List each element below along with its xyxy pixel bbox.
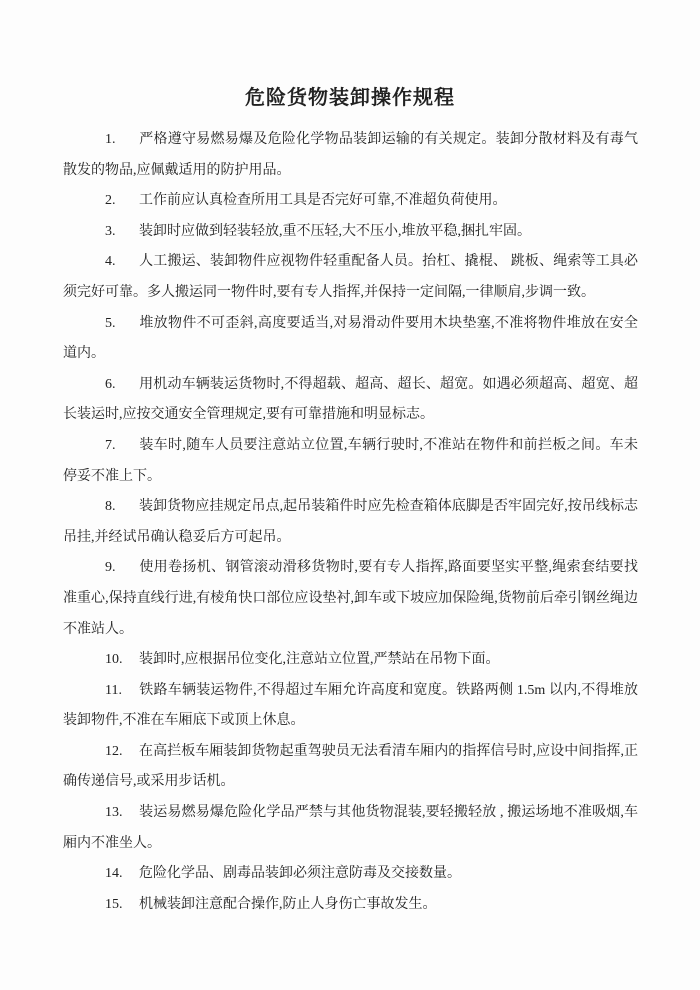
rule-item: 15.机械装卸注意配合操作,防止人身伤亡事故发生。 <box>63 890 638 921</box>
rule-item: 10.装卸时,应根据吊位变化,注意站立位置,严禁站在吊物下面。 <box>63 645 638 676</box>
rule-number: 3. <box>105 217 139 248</box>
rule-item: 1.严格遵守易燃易爆及危险化学物品装卸运输的有关规定。装卸分散材料及有毒气散发的… <box>63 125 638 186</box>
rule-number: 15. <box>105 890 139 921</box>
rule-text: 装卸时应做到轻装轻放,重不压轻,大不压小,堆放平稳,捆扎牢固。 <box>139 224 531 239</box>
rule-text: 铁路车辆装运物件,不得超过车厢允许高度和宽度。铁路两侧 1.5m 以内,不得堆放… <box>63 683 638 729</box>
rules-list: 1.严格遵守易燃易爆及危险化学物品装卸运输的有关规定。装卸分散材料及有毒气散发的… <box>63 125 638 920</box>
rule-text: 用机动车辆装运货物时,不得超载、超高、超长、超宽。如遇必须超高、超宽、超长装运时… <box>63 377 638 423</box>
rule-text: 装运易燃易爆危险化学品严禁与其他货物混装,要轻搬轻放 , 搬运场地不准吸烟,车厢… <box>63 805 638 851</box>
rule-text: 在高拦板车厢装卸货物起重驾驶员无法看清车厢内的指挥信号时,应设中间指挥,正确传递… <box>63 744 638 790</box>
rule-item: 4.人工搬运、装卸物件应视物件轻重配备人员。抬杠、撬棍、 跳板、绳索等工具必须完… <box>63 247 638 308</box>
rule-item: 14.危险化学品、剧毒品装卸必须注意防毒及交接数量。 <box>63 859 638 890</box>
rule-number: 9. <box>105 553 139 584</box>
rule-item: 5.堆放物件不可歪斜,高度要适当,对易滑动件要用木块垫塞,不准将物件堆放在安全道… <box>63 309 638 370</box>
rule-number: 4. <box>105 247 139 278</box>
rule-number: 7. <box>105 431 139 462</box>
rule-text: 装卸时,应根据吊位变化,注意站立位置,严禁站在吊物下面。 <box>139 652 500 667</box>
rule-number: 8. <box>105 492 139 523</box>
rule-text: 人工搬运、装卸物件应视物件轻重配备人员。抬杠、撬棍、 跳板、绳索等工具必须完好可… <box>63 254 638 300</box>
rule-text: 危险化学品、剧毒品装卸必须注意防毒及交接数量。 <box>139 866 461 881</box>
rule-number: 12. <box>105 737 139 768</box>
rule-number: 1. <box>105 125 139 156</box>
rule-number: 14. <box>105 859 139 890</box>
rule-item: 13.装运易燃易爆危险化学品严禁与其他货物混装,要轻搬轻放 , 搬运场地不准吸烟… <box>63 798 638 859</box>
rule-item: 6.用机动车辆装运货物时,不得超载、超高、超长、超宽。如遇必须超高、超宽、超长装… <box>63 370 638 431</box>
rule-item: 3.装卸时应做到轻装轻放,重不压轻,大不压小,堆放平稳,捆扎牢固。 <box>63 217 638 248</box>
rule-number: 11. <box>105 676 139 707</box>
rule-item: 12.在高拦板车厢装卸货物起重驾驶员无法看清车厢内的指挥信号时,应设中间指挥,正… <box>63 737 638 798</box>
rule-number: 5. <box>105 309 139 340</box>
document-title: 危险货物装卸操作规程 <box>0 0 700 110</box>
rule-text: 机械装卸注意配合操作,防止人身伤亡事故发生。 <box>139 897 437 912</box>
rule-text: 堆放物件不可歪斜,高度要适当,对易滑动件要用木块垫塞,不准将物件堆放在安全道内。 <box>63 316 638 362</box>
rule-item: 2.工作前应认真检查所用工具是否完好可靠,不准超负荷使用。 <box>63 186 638 217</box>
rule-number: 6. <box>105 370 139 401</box>
rule-text: 工作前应认真检查所用工具是否完好可靠,不准超负荷使用。 <box>139 193 507 208</box>
document-page: 危险货物装卸操作规程 1.严格遵守易燃易爆及危险化学物品装卸运输的有关规定。装卸… <box>0 0 700 990</box>
rule-item: 7.装车时,随车人员要注意站立位置,车辆行驶时,不准站在物件和前拦板之间。车未停… <box>63 431 638 492</box>
rule-number: 13. <box>105 798 139 829</box>
rule-item: 9.使用卷扬机、钢管滚动滑移货物时,要有专人指挥,路面要坚实平整,绳索套结要找准… <box>63 553 638 645</box>
rule-text: 严格遵守易燃易爆及危险化学物品装卸运输的有关规定。装卸分散材料及有毒气散发的物品… <box>63 132 638 178</box>
rule-item: 11.铁路车辆装运物件,不得超过车厢允许高度和宽度。铁路两侧 1.5m 以内,不… <box>63 676 638 737</box>
rule-text: 使用卷扬机、钢管滚动滑移货物时,要有专人指挥,路面要坚实平整,绳索套结要找准重心… <box>63 560 638 636</box>
rule-number: 2. <box>105 186 139 217</box>
rule-text: 装车时,随车人员要注意站立位置,车辆行驶时,不准站在物件和前拦板之间。车未停妥不… <box>63 438 638 484</box>
rule-text: 装卸货物应挂规定吊点,起吊装箱件时应先检查箱体底脚是否牢固完好,按吊线标志吊挂,… <box>63 499 638 545</box>
rule-item: 8.装卸货物应挂规定吊点,起吊装箱件时应先检查箱体底脚是否牢固完好,按吊线标志吊… <box>63 492 638 553</box>
rule-number: 10. <box>105 645 139 676</box>
